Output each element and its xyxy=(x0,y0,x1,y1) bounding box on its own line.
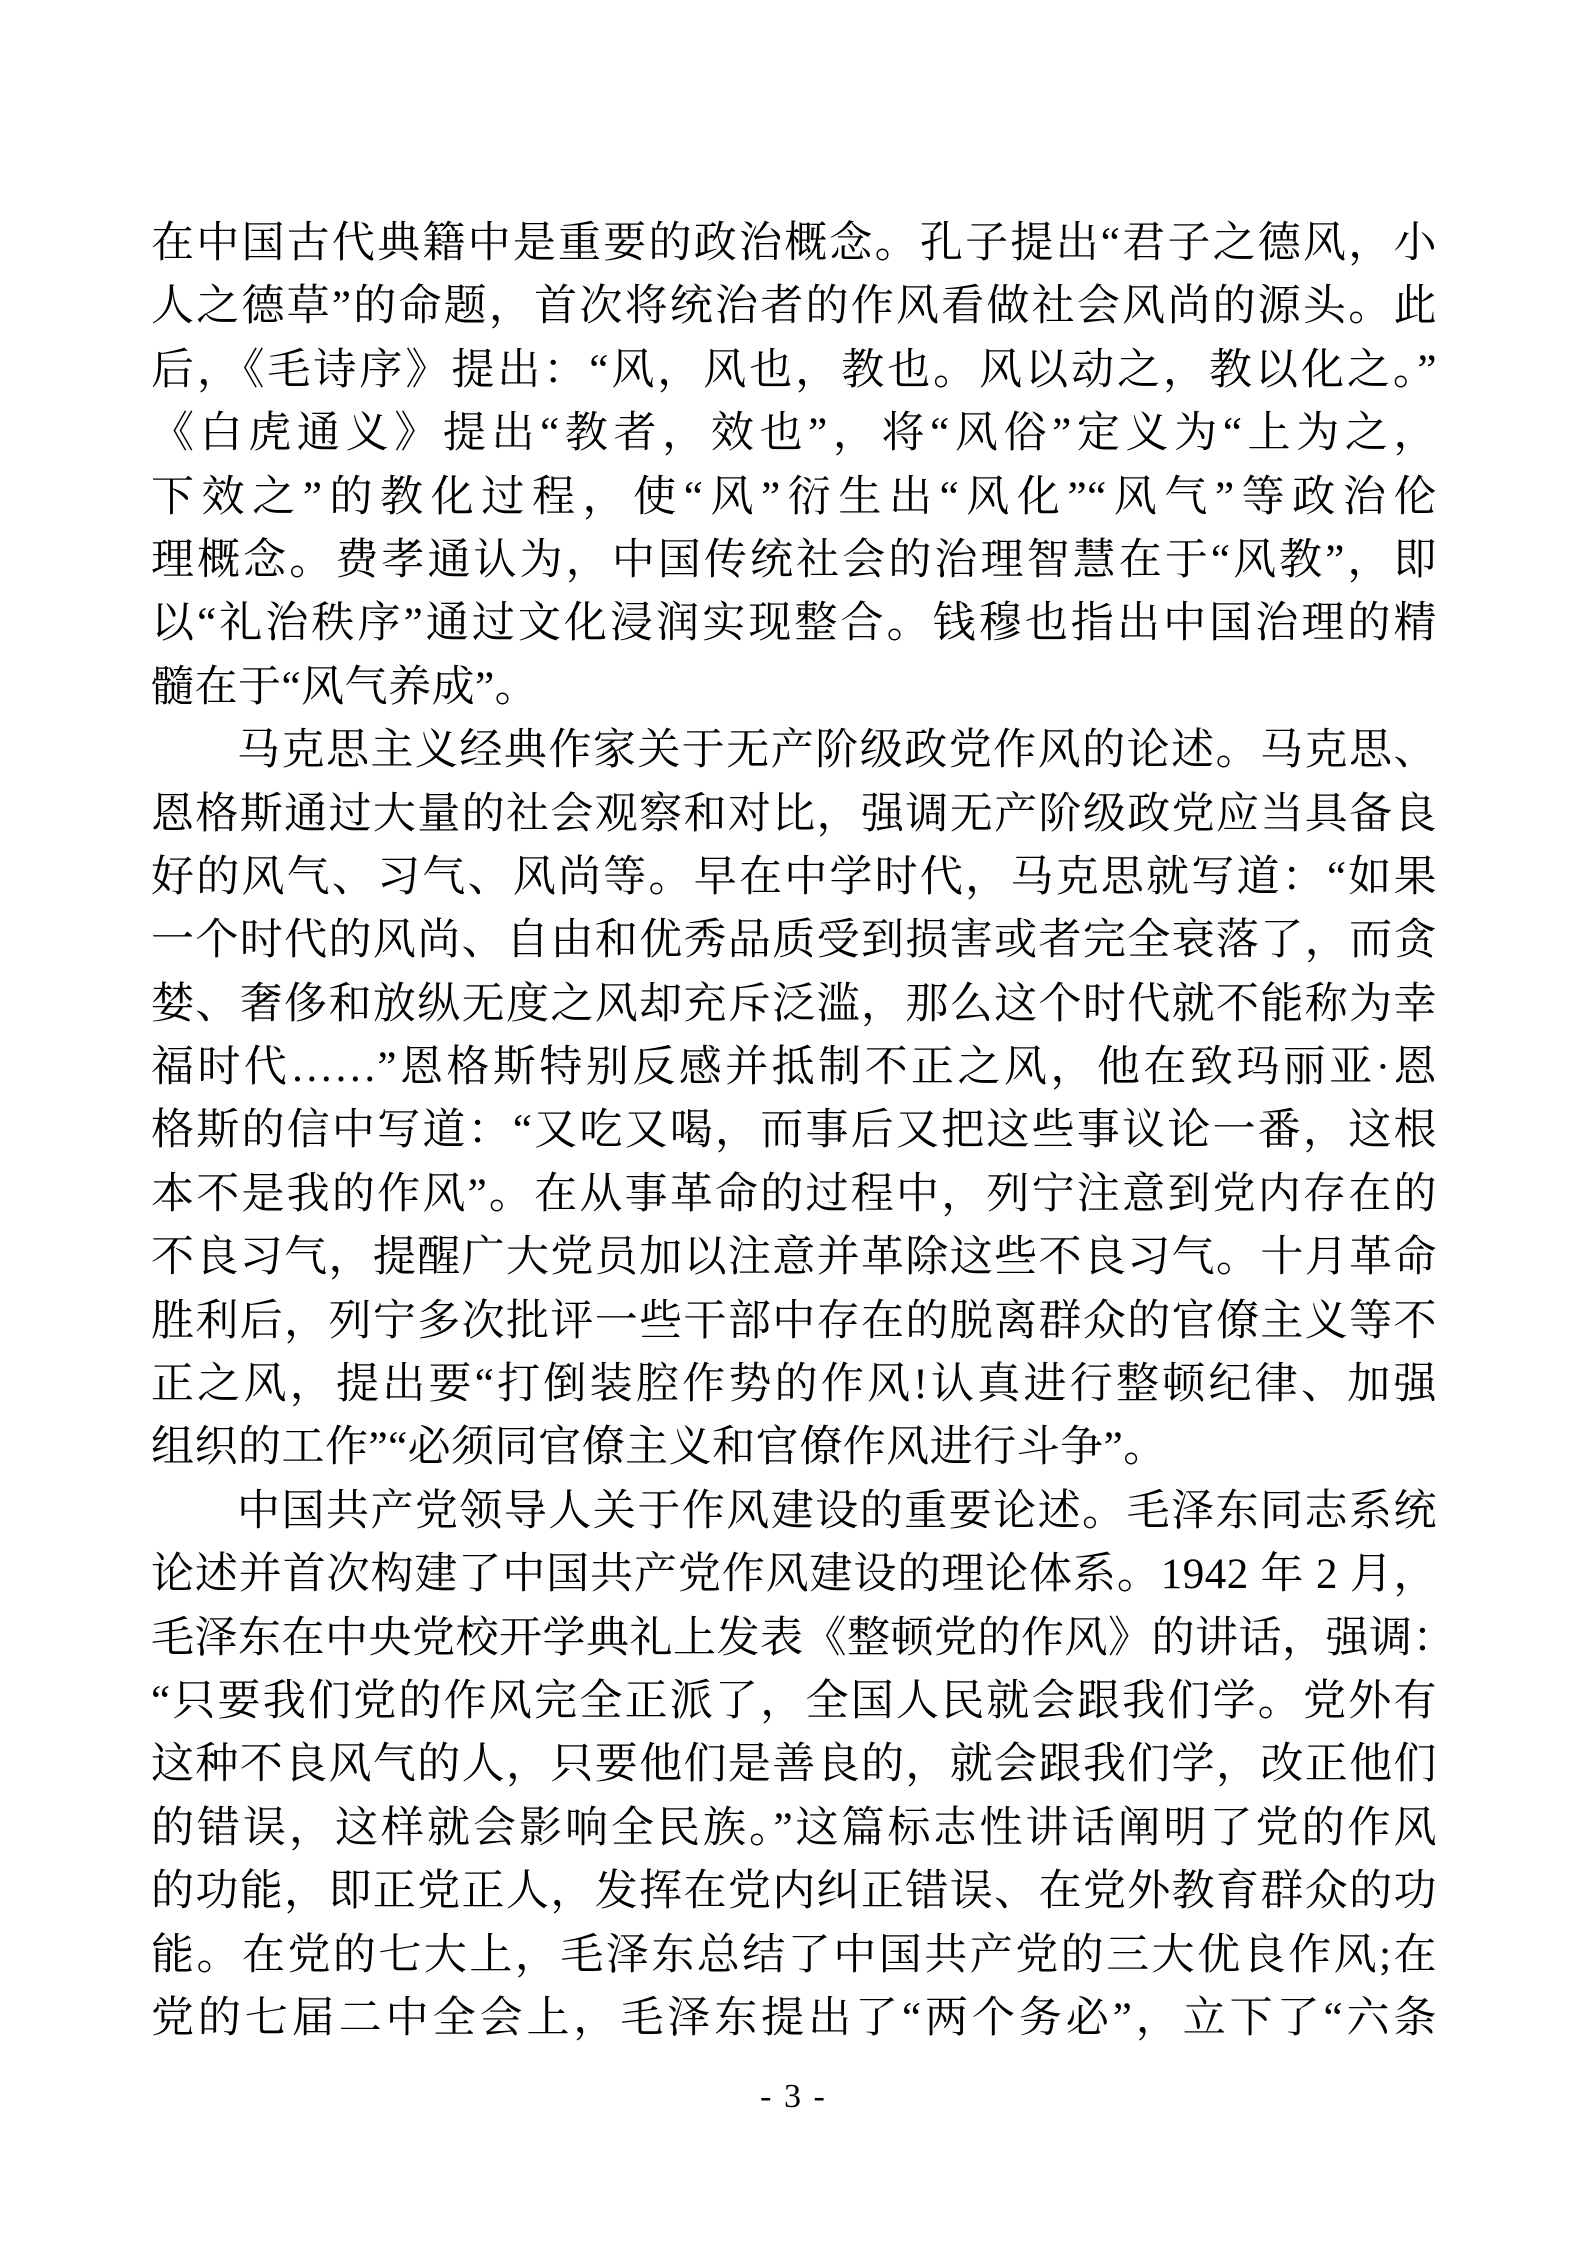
text-line: 人之德草”的命题，首次将统治者的作风看做社会风尚的源头。此 xyxy=(151,275,1437,338)
text-line: 胜利后，列宁多次批评一些干部中存在的脱离群众的官僚主义等不 xyxy=(151,1290,1437,1353)
text-line: 马克思主义经典作家关于无产阶级政党作风的论述。马克思、 xyxy=(151,719,1437,782)
text-line: 格斯的信中写道：“又吃又喝，而事后又把这些事议论一番，这根 xyxy=(151,1099,1437,1162)
text-line: 后，《毛诗序》提出：“风，风也，教也。风以动之，教以化之。” xyxy=(151,339,1437,402)
text-line: 婪、奢侈和放纵无度之风却充斥泛滥，那么这个时代就不能称为幸 xyxy=(151,973,1437,1036)
page-number: - 3 - xyxy=(0,2072,1587,2122)
text-line: 这种不良风气的人，只要他们是善良的，就会跟我们学，改正他们 xyxy=(151,1733,1437,1796)
text-line: 党的七届二中全会上，毛泽东提出了“两个务必”，立下了“六条 xyxy=(151,1987,1437,2050)
text-line: 《白虎通义》提出“教者，效也”，将“风俗”定义为“上为之， xyxy=(151,402,1437,465)
text-line: 以“礼治秩序”通过文化浸润实现整合。钱穆也指出中国治理的精 xyxy=(151,592,1437,655)
text-line: 不良习气，提醒广大党员加以注意并革除这些不良习气。十月革命 xyxy=(151,1226,1437,1289)
text-line: 在中国古代典籍中是重要的政治概念。孔子提出“君子之德风，小 xyxy=(151,212,1437,275)
text-line: 下效之”的教化过程，使“风”衍生出“风化”“风气”等政治伦 xyxy=(151,466,1437,529)
text-line: 毛泽东在中央党校开学典礼上发表《整顿党的作风》的讲话，强调： xyxy=(151,1607,1437,1670)
text-line: “只要我们党的作风完全正派了，全国人民就会跟我们学。党外有 xyxy=(151,1670,1437,1733)
text-line: 组织的工作”“必须同官僚主义和官僚作风进行斗争”。 xyxy=(151,1416,1437,1479)
text-line: 理概念。费孝通认为，中国传统社会的治理智慧在于“风教”，即 xyxy=(151,529,1437,592)
text-line: 恩格斯通过大量的社会观察和对比，强调无产阶级政党应当具备良 xyxy=(151,783,1437,846)
text-line: 髓在于“风气养成”。 xyxy=(151,656,1437,719)
text-line: 能。在党的七大上，毛泽东总结了中国共产党的三大优良作风;在 xyxy=(151,1924,1437,1987)
text-line: 好的风气、习气、风尚等。早在中学时代，马克思就写道：“如果 xyxy=(151,846,1437,909)
page-body-text: 在中国古代典籍中是重要的政治概念。孔子提出“君子之德风，小人之德草”的命题，首次… xyxy=(151,212,1437,2050)
document-page: 在中国古代典籍中是重要的政治概念。孔子提出“君子之德风，小人之德草”的命题，首次… xyxy=(0,0,1587,2245)
text-line: 福时代……”恩格斯特别反感并抵制不正之风，他在致玛丽亚·恩 xyxy=(151,1036,1437,1099)
text-line: 的错误，这样就会影响全民族。”这篇标志性讲话阐明了党的作风 xyxy=(151,1797,1437,1860)
text-line: 中国共产党领导人关于作风建设的重要论述。毛泽东同志系统 xyxy=(151,1480,1437,1543)
text-line: 的功能，即正党正人，发挥在党内纠正错误、在党外教育群众的功 xyxy=(151,1860,1437,1923)
text-line: 本不是我的作风”。在从事革命的过程中，列宁注意到党内存在的 xyxy=(151,1163,1437,1226)
paragraph: 马克思主义经典作家关于无产阶级政党作风的论述。马克思、恩格斯通过大量的社会观察和… xyxy=(151,719,1437,1480)
text-line: 一个时代的风尚、自由和优秀品质受到损害或者完全衰落了，而贪 xyxy=(151,909,1437,972)
paragraph: 中国共产党领导人关于作风建设的重要论述。毛泽东同志系统论述并首次构建了中国共产党… xyxy=(151,1480,1437,2051)
text-line: 论述并首次构建了中国共产党作风建设的理论体系。1942 年 2 月， xyxy=(151,1543,1437,1606)
paragraph: 在中国古代典籍中是重要的政治概念。孔子提出“君子之德风，小人之德草”的命题，首次… xyxy=(151,212,1437,719)
text-line: 正之风，提出要“打倒装腔作势的作风!认真进行整顿纪律、加强 xyxy=(151,1353,1437,1416)
